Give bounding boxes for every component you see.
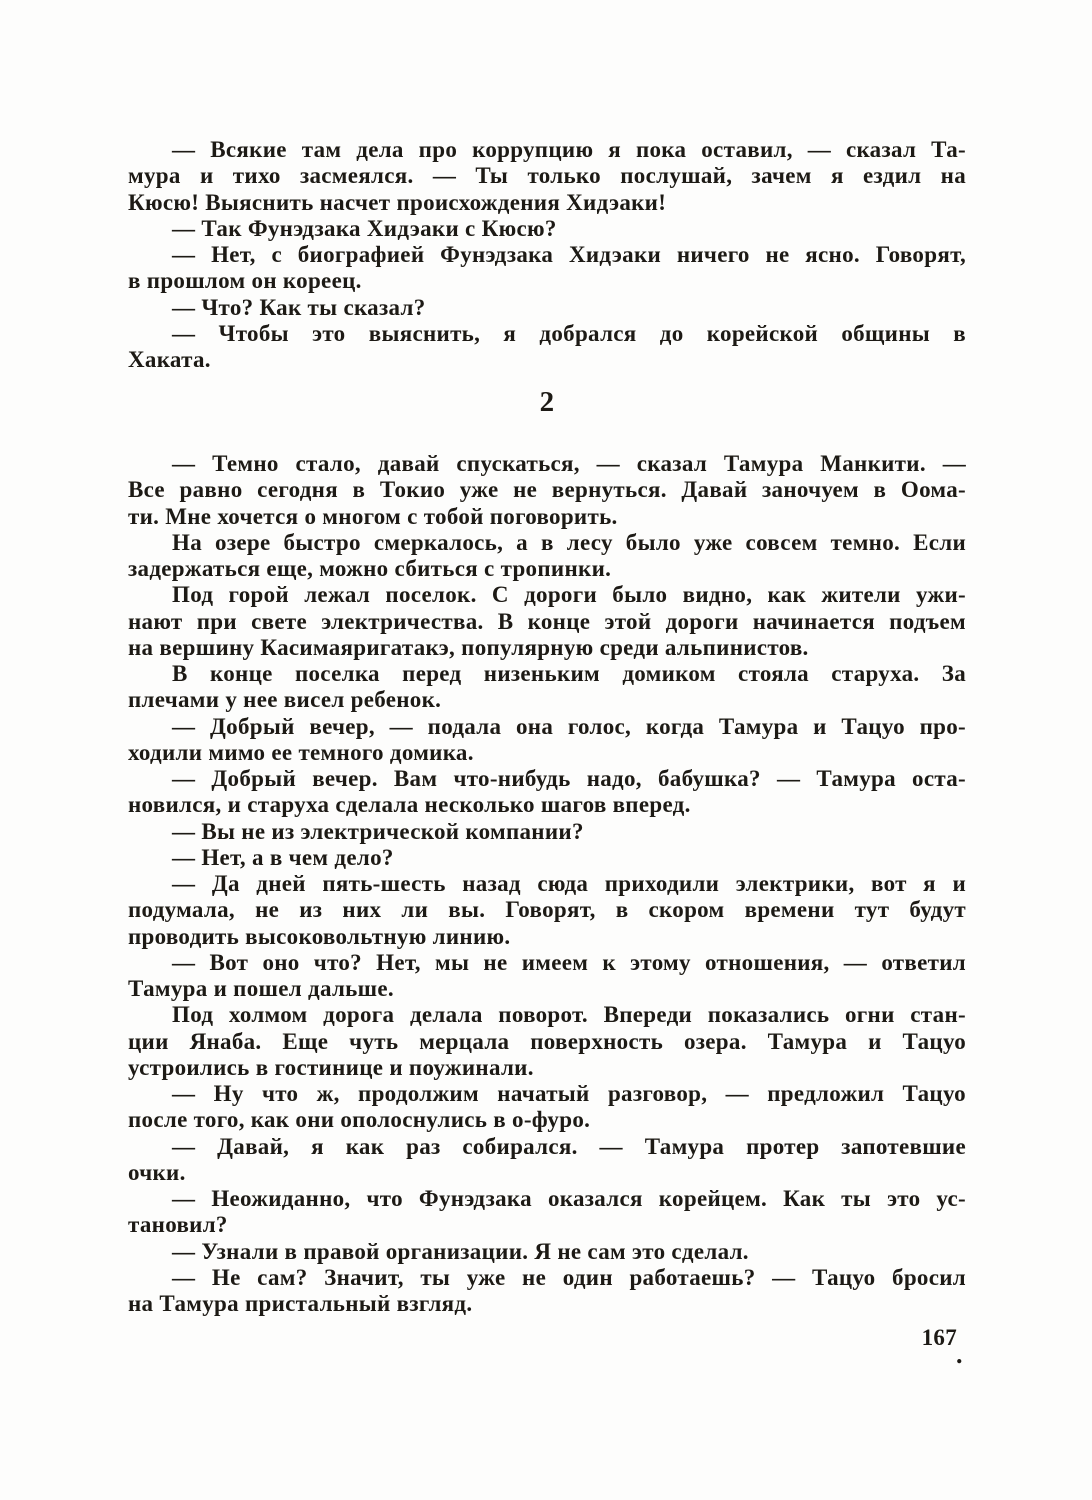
text-line: новился, и старуха сделала несколько шаг… [128, 792, 966, 818]
text-line: — Что? Как ты сказал? [128, 295, 966, 321]
text-line: на Тамура пристальный взгляд. [128, 1291, 966, 1317]
dialogue-block-top: — Всякие там дела про коррупцию я пока о… [128, 137, 966, 373]
text-line: — Вы не из электрической компании? [128, 819, 966, 845]
text-line: очки. [128, 1160, 966, 1186]
paragraph: — Нет, а в чем дело? [128, 845, 966, 871]
text-line: — Добрый вечер, — подала она голос, когд… [128, 714, 966, 740]
text-line: — Темно стало, давай спускаться, — сказа… [128, 451, 966, 477]
paragraph: — Так Фунэдзака Хидэаки с Кюсю? [128, 216, 966, 242]
text-line: — Да дней пять-шесть назад сюда приходил… [128, 871, 966, 897]
text-line: после того, как они ополоснулись в о-фур… [128, 1107, 966, 1133]
text-line: Все равно сегодня в Токио уже не вернуть… [128, 477, 966, 503]
paragraph: — Узнали в правой организации. Я не сам … [128, 1239, 966, 1265]
section-number-heading: 2 [128, 387, 966, 417]
text-line: — Всякие там дела про коррупцию я пока о… [128, 137, 966, 163]
paragraph: — Да дней пять-шесть назад сюда приходил… [128, 871, 966, 950]
ink-dot-artifact: . [956, 1342, 963, 1368]
paragraph: — Не сам? Значит, ты уже не один работае… [128, 1265, 966, 1318]
paragraph: Под горой лежал поселок. С дороги было в… [128, 582, 966, 661]
text-line: На озере быстро смеркалось, а в лесу был… [128, 530, 966, 556]
text-line: проводить высоковольтную линию. [128, 924, 966, 950]
text-line: — Неожиданно, что Фунэдзака оказался кор… [128, 1186, 966, 1212]
text-line: устроились в гостинице и поужинали. [128, 1055, 966, 1081]
text-line: — Добрый вечер. Вам что-нибудь надо, баб… [128, 766, 966, 792]
paragraph: — Что? Как ты сказал? [128, 295, 966, 321]
text-line: на вершину Касимаяригатакэ, популярную с… [128, 635, 966, 661]
text-line: нают при свете электричества. В конце эт… [128, 609, 966, 635]
paragraph: — Вы не из электрической компании? [128, 819, 966, 845]
book-page: — Всякие там дела про коррупцию я пока о… [0, 0, 1092, 1500]
text-line: задержаться еще, можно сбиться с тропинк… [128, 556, 966, 582]
text-line: в прошлом он кореец. [128, 268, 966, 294]
page-number: 167 [922, 1325, 957, 1351]
text-line: мура и тихо засмеялся. — Ты только послу… [128, 163, 966, 189]
paragraph: — Добрый вечер. Вам что-нибудь надо, баб… [128, 766, 966, 819]
text-line: — Нет, а в чем дело? [128, 845, 966, 871]
paragraph: — Темно стало, давай спускаться, — сказа… [128, 451, 966, 530]
text-line: Под горой лежал поселок. С дороги было в… [128, 582, 966, 608]
text-line: — Не сам? Значит, ты уже не один работае… [128, 1265, 966, 1291]
text-line: — Нет, с биографией Фунэдзака Хидэаки ни… [128, 242, 966, 268]
paragraph: — Вот оно что? Нет, мы не имеем к этому … [128, 950, 966, 1003]
text-line: ти. Мне хочется о многом с тобой поговор… [128, 504, 966, 530]
paragraph: В конце поселка перед низеньким домиком … [128, 661, 966, 714]
text-line: — Узнали в правой организации. Я не сам … [128, 1239, 966, 1265]
text-line: — Чтобы это выяснить, я добрался до коре… [128, 321, 966, 347]
text-line: ходили мимо ее темного домика. [128, 740, 966, 766]
text-line: — Вот оно что? Нет, мы не имеем к этому … [128, 950, 966, 976]
text-line: подумала, не из них ли вы. Говорят, в ск… [128, 897, 966, 923]
paragraph: — Добрый вечер, — подала она голос, когд… [128, 714, 966, 767]
paragraph: — Всякие там дела про коррупцию я пока о… [128, 137, 966, 216]
text-line: — Так Фунэдзака Хидэаки с Кюсю? [128, 216, 966, 242]
section-2-text-block: — Темно стало, давай спускаться, — сказа… [128, 451, 966, 1317]
text-line: — Ну что ж, продолжим начатый разговор, … [128, 1081, 966, 1107]
paragraph: — Давай, я как раз собирался. — Тамура п… [128, 1134, 966, 1187]
paragraph: — Ну что ж, продолжим начатый разговор, … [128, 1081, 966, 1134]
text-line: — Давай, я как раз собирался. — Тамура п… [128, 1134, 966, 1160]
text-line: плечами у нее висел ребенок. [128, 687, 966, 713]
paragraph: — Нет, с биографией Фунэдзака Хидэаки ни… [128, 242, 966, 295]
paragraph: Под холмом дорога делала поворот. Вперед… [128, 1002, 966, 1081]
text-line: Тамура и пошел дальше. [128, 976, 966, 1002]
paragraph: На озере быстро смеркалось, а в лесу был… [128, 530, 966, 583]
text-line: ции Янаба. Еще чуть мерцала поверхность … [128, 1029, 966, 1055]
text-line: Хаката. [128, 347, 966, 373]
text-line: В конце поселка перед низеньким домиком … [128, 661, 966, 687]
paragraph: — Неожиданно, что Фунэдзака оказался кор… [128, 1186, 966, 1239]
text-line: тановил? [128, 1212, 966, 1238]
text-line: Под холмом дорога делала поворот. Вперед… [128, 1002, 966, 1028]
paragraph: — Чтобы это выяснить, я добрался до коре… [128, 321, 966, 374]
text-line: Кюсю! Выяснить насчет происхождения Хидэ… [128, 190, 966, 216]
